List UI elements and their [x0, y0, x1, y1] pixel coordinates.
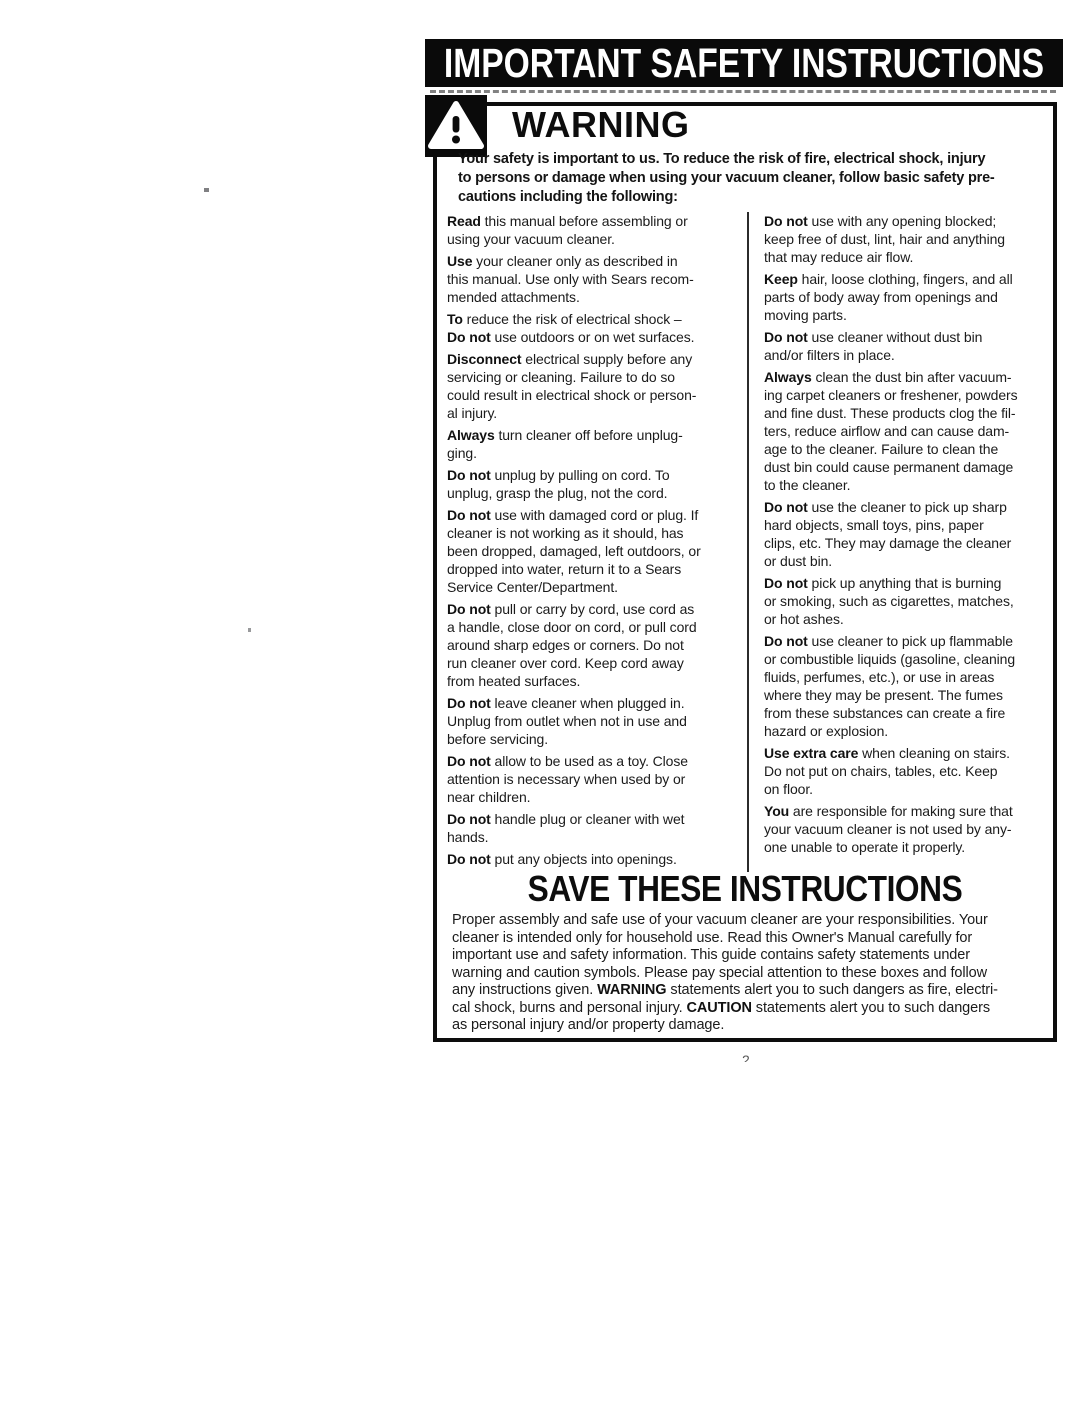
safety-item: Do not use with any opening blocked; kee…	[764, 212, 1053, 266]
safety-item: Read this manual before assembling or us…	[447, 212, 743, 248]
bold-text: To	[447, 311, 463, 327]
bold-text: Do not	[447, 467, 491, 483]
safety-item: Do not use the cleaner to pick up sharp …	[764, 498, 1053, 570]
safety-item: Do not pull or carry by cord, use cord a…	[447, 600, 743, 690]
page-number: 2	[742, 1052, 750, 1062]
safety-item: Always clean the dust bin after vacuum- …	[764, 368, 1053, 494]
scan-speck	[248, 628, 251, 632]
safety-banner-title: IMPORTANT SAFETY INSTRUCTIONS	[444, 40, 1044, 87]
body-text: this manual before assembling or using y…	[447, 213, 688, 247]
body-text: put any objects into openings.	[491, 851, 677, 867]
bold-text: Do not	[447, 601, 491, 617]
safety-columns: Read this manual before assembling or us…	[447, 212, 1053, 872]
bold-text: Disconnect	[447, 351, 521, 367]
bold-text: Do not	[447, 753, 491, 769]
body-text: your cleaner only as described in this m…	[447, 253, 694, 305]
safety-item: Do not handle plug or cleaner with wet h…	[447, 810, 743, 846]
safety-item: To reduce the risk of electrical shock –…	[447, 310, 743, 346]
bold-text: Always	[447, 427, 495, 443]
bold-text: Do not	[764, 499, 808, 515]
safety-item: Keep hair, loose clothing, fingers, and …	[764, 270, 1053, 324]
bold-text: Do not	[764, 575, 808, 591]
safety-item: Do not use with damaged cord or plug. If…	[447, 506, 743, 596]
warning-triangle-icon	[425, 95, 487, 157]
bold-text: Do not	[764, 329, 808, 345]
bold-text: CAUTION	[687, 1000, 752, 1016]
warning-heading: WARNING	[512, 104, 690, 146]
body-text: hair, loose clothing, fingers, and all p…	[764, 271, 1013, 323]
safety-item: Do not put any objects into openings.	[447, 850, 743, 868]
bold-text: Do not	[764, 633, 808, 649]
bold-text: Do not	[447, 695, 491, 711]
save-instructions-heading: SAVE THESE INSTRUCTIONS	[528, 868, 963, 910]
safety-item: Do not pick up anything that is burning …	[764, 574, 1053, 628]
safety-item: Use your cleaner only as described in th…	[447, 252, 743, 306]
bold-text: Do not	[764, 213, 808, 229]
body-text: are responsible for making sure that you…	[764, 803, 1013, 855]
bold-text: Do not	[447, 851, 491, 867]
safety-item: You are responsible for making sure that…	[764, 802, 1053, 856]
bold-text: Keep	[764, 271, 798, 287]
bold-text: Do not	[447, 507, 491, 523]
safety-item: Do not use cleaner without dust bin and/…	[764, 328, 1053, 364]
body-text: reduce the risk of electrical shock –	[463, 311, 682, 327]
bold-text: Use	[447, 253, 472, 269]
safety-item: Do not leave cleaner when plugged in. Un…	[447, 694, 743, 748]
safety-banner: IMPORTANT SAFETY INSTRUCTIONS	[425, 39, 1063, 87]
bold-text: Use extra care	[764, 745, 858, 761]
safety-intro-text: Your safety is important to us. To reduc…	[458, 150, 1054, 207]
bold-text: Always	[764, 369, 812, 385]
body-text: use outdoors or on wet surfaces.	[491, 329, 695, 345]
safety-item: Do not use cleaner to pick up flammable …	[764, 632, 1053, 740]
bold-text: Do not	[447, 329, 491, 345]
banner-tear-line	[430, 90, 1056, 93]
bold-text: Do not	[447, 811, 491, 827]
right-column: Do not use with any opening blocked; kee…	[747, 212, 1053, 872]
safety-item: Always turn cleaner off before unplug- g…	[447, 426, 743, 462]
safety-item: Do not allow to be used as a toy. Close …	[447, 752, 743, 806]
bold-text: WARNING	[597, 982, 666, 998]
save-body: Proper assembly and safe use of your vac…	[452, 912, 1054, 1035]
body-text: clean the dust bin after vacuum- ing car…	[764, 369, 1018, 493]
manual-page: IMPORTANT SAFETY INSTRUCTIONS WARNING Yo…	[0, 0, 1080, 1402]
scan-speck	[204, 188, 209, 192]
bold-text: You	[764, 803, 789, 819]
save-title-row: SAVE THESE INSTRUCTIONS	[433, 868, 1057, 910]
safety-item: Use extra care when cleaning on stairs. …	[764, 744, 1053, 798]
safety-item: Do not unplug by pulling on cord. To unp…	[447, 466, 743, 502]
left-column: Read this manual before assembling or us…	[447, 212, 747, 872]
bold-text: Read	[447, 213, 481, 229]
safety-item: Disconnect electrical supply before any …	[447, 350, 743, 422]
